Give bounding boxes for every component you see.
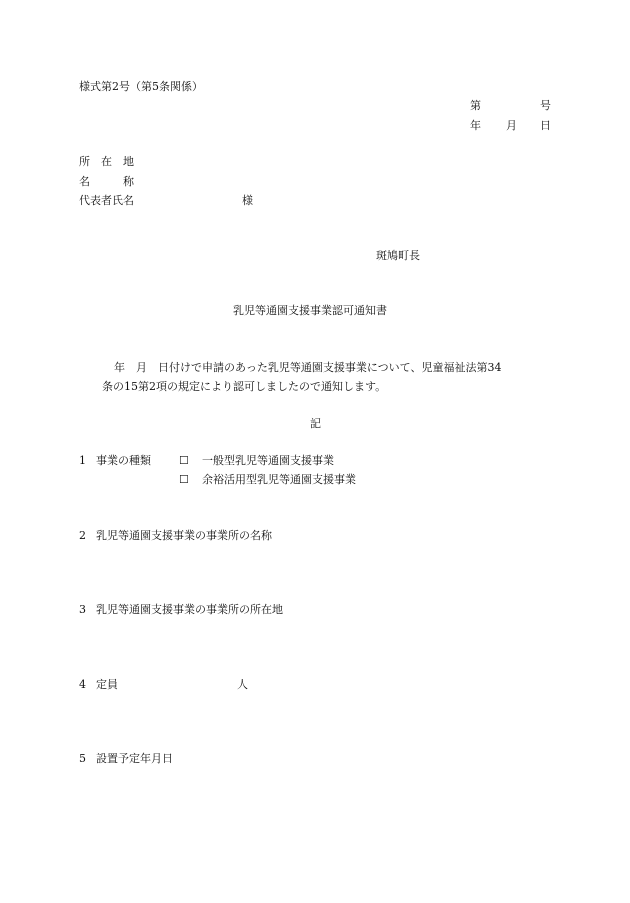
item-4-label: 定員	[96, 678, 118, 692]
address-label: 所 在 地	[79, 155, 134, 169]
item-1-num: 1	[79, 454, 86, 468]
form-id: 様式第2号（第5条関係）	[79, 80, 203, 94]
item-4-unit: 人	[237, 678, 248, 692]
honorific: 様	[242, 194, 253, 208]
checkbox-surplus[interactable]: ☐	[179, 473, 189, 487]
item-1-label: 事業の種類	[96, 454, 151, 468]
date-year: 年	[470, 119, 481, 133]
body-line-1: 年 月 日付けで申請のあった乳児等通園支援事業について、児童福祉法第34	[114, 361, 501, 375]
representative-label: 代表者氏名	[79, 194, 134, 208]
item-2-num: 2	[79, 529, 86, 543]
document-title: 乳児等通園支援事業認可通知書	[233, 304, 387, 318]
number-suffix: 号	[540, 99, 551, 113]
item-2-label: 乳児等通園支援事業の事業所の名称	[96, 529, 272, 543]
number-prefix: 第	[470, 99, 481, 113]
item-3-label: 乳児等通園支援事業の事業所の所在地	[96, 603, 283, 617]
item-5-num: 5	[79, 752, 86, 766]
option-general-label: 一般型乳児等通園支援事業	[202, 454, 334, 468]
ki-heading: 記	[310, 417, 321, 431]
item-4-num: 4	[79, 678, 86, 692]
option-surplus-label: 余裕活用型乳児等通園支援事業	[202, 473, 356, 487]
body-line-2: 条の15第2項の規定により認可しましたので通知します。	[102, 380, 386, 394]
checkbox-general[interactable]: ☐	[179, 454, 189, 468]
name-label: 名 称	[79, 175, 134, 189]
date-month: 月	[506, 119, 517, 133]
item-5-label: 設置予定年月日	[96, 752, 173, 766]
item-3-num: 3	[79, 603, 86, 617]
issuer: 斑鳩町長	[376, 249, 420, 263]
date-day: 日	[540, 119, 551, 133]
